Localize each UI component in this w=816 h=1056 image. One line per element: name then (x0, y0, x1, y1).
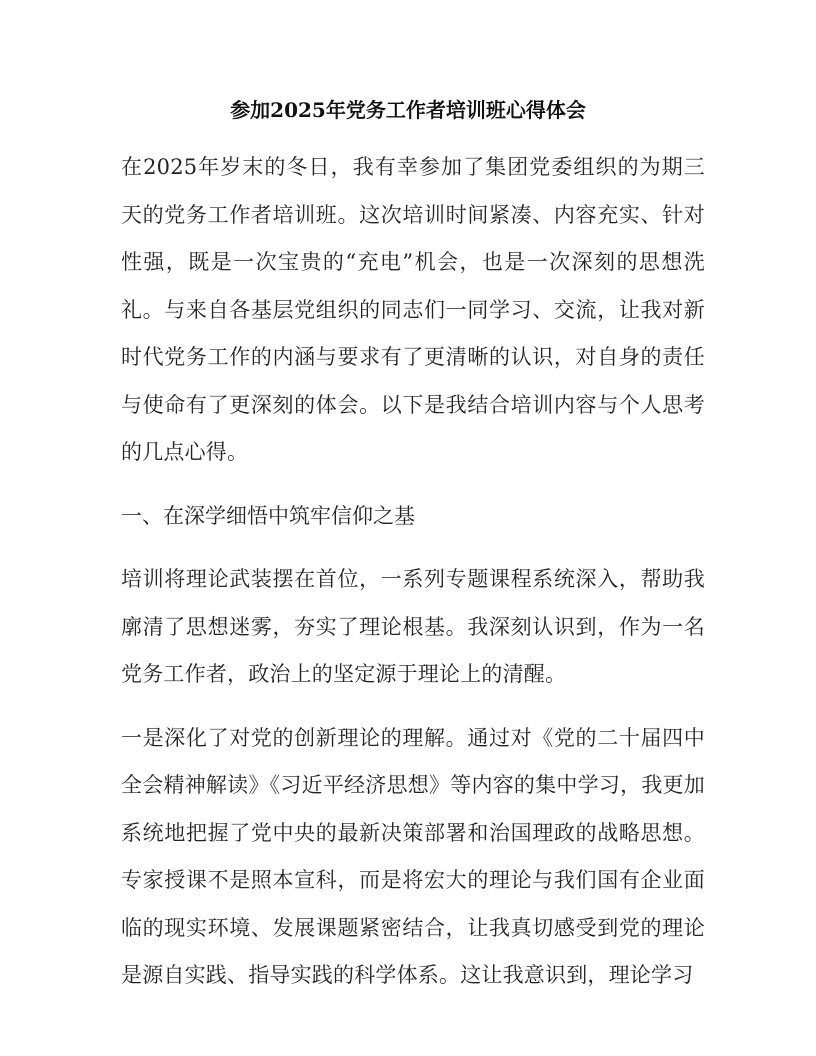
document-title: 参加2025年党务工作者培训班心得体会 (0, 94, 816, 126)
section-1-paragraph-1: 培训将理论武装摆在首位，一系列专题课程系统深入，帮助我廓清了思想迷雾，夯实了理论… (121, 556, 705, 699)
document-body: 在2025年岁末的冬日，我有幸参加了集团党委组织的为期三天的党务工作者培训班。这… (121, 144, 705, 1000)
section-1-paragraph-2: 一是深化了对党的创新理论的理解。通过对《党的二十届四中全会精神解读》《习近平经济… (121, 715, 705, 1000)
section-heading-1: 一、在深学细悟中筑牢信仰之基 (121, 493, 705, 541)
document-page: 参加2025年党务工作者培训班心得体会 在2025年岁末的冬日，我有幸参加了集团… (0, 0, 816, 1056)
intro-paragraph: 在2025年岁末的冬日，我有幸参加了集团党委组织的为期三天的党务工作者培训班。这… (121, 144, 705, 477)
